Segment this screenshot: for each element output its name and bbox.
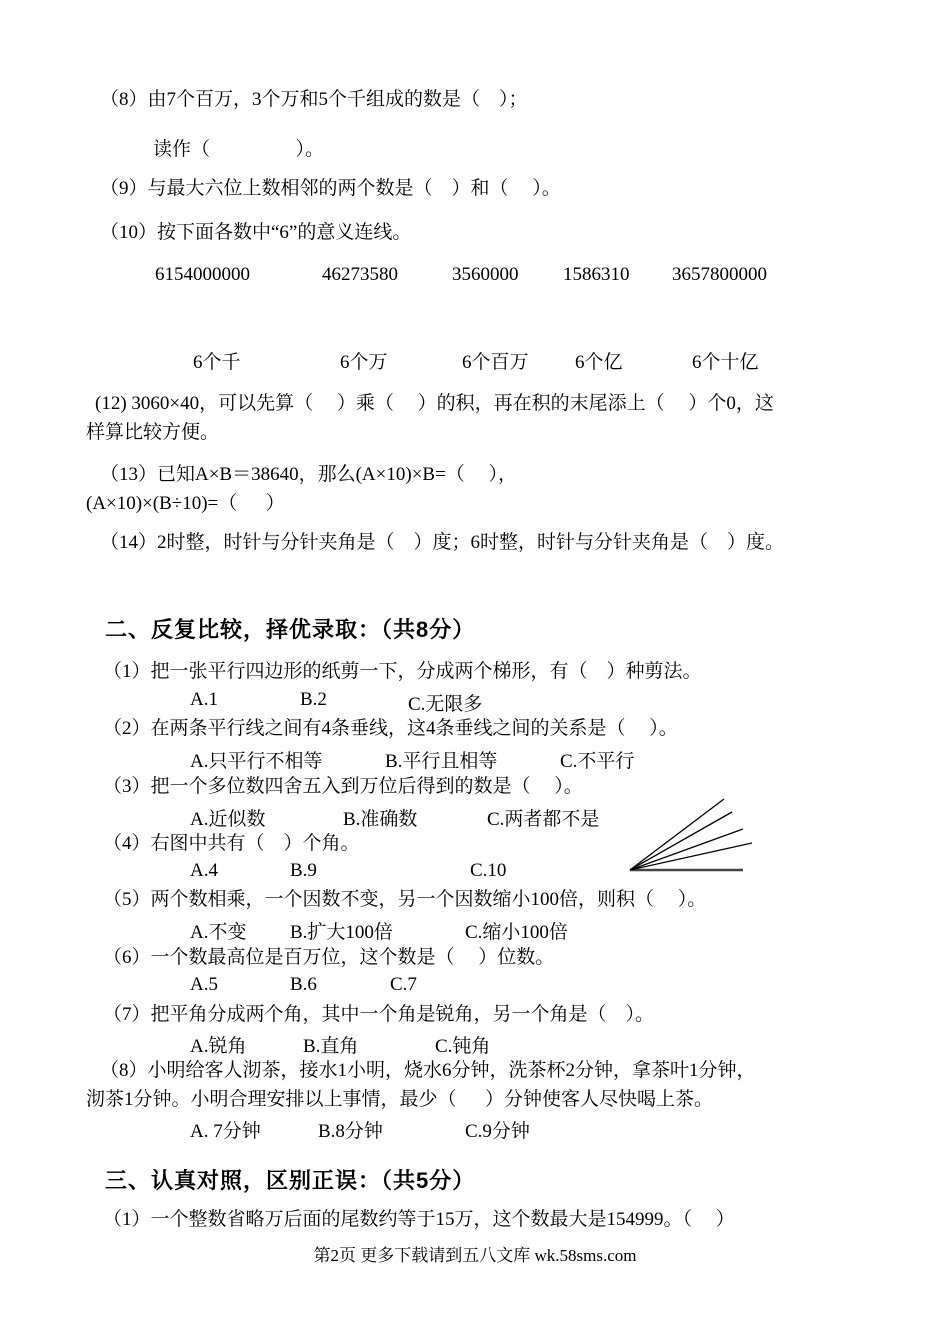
mc-question-1: （1）把一张平行四边形的纸剪一下，分成两个梯形，有（ ）种剪法。 (103, 660, 702, 684)
mc-question-4-options: A.4 B.9 C.10 (0, 860, 950, 886)
mc-question-4: （4）右图中共有（ ）个角。 (103, 832, 360, 856)
option-a: A.锐角 (190, 1031, 246, 1058)
question-14-fill: （14）2时整，时针与分针夹角是（ ）度；6时整，时针与分针夹角是（ ）度。 (100, 531, 784, 555)
option-c: C.两者都不是 (487, 804, 599, 831)
option-a: A.近似数 (190, 804, 265, 831)
option-c: C.缩小100倍 (465, 917, 568, 944)
mc-question-8-options: A. 7分钟 B.8分钟 C.9分钟 (0, 1116, 950, 1142)
mc-question-3-options: A.近似数 B.准确数 C.两者都不是 (0, 804, 950, 830)
mc-question-8-line2: 沏茶1分钟。小明合理安排以上事情，最少（ ）分钟使客人尽快喝上茶。 (86, 1088, 713, 1112)
option-a: A. 7分钟 (190, 1116, 261, 1143)
option-b: B.直角 (303, 1031, 358, 1058)
mc-question-5: （5）两个数相乘，一个因数不变，另一个因数缩小100倍，则积（ ）。 (103, 888, 706, 912)
section-3-heading: 三、认真对照，区别正误：（共5分） (105, 1164, 475, 1195)
option-a: A.4 (190, 860, 218, 882)
exam-page: （8）由7个百万，3个万和5个千组成的数是（ ）； 读作（ ）。 （9）与最大六… (0, 0, 950, 1342)
question-12-fill-line1: (12) 3060×40，可以先算（ ）乘（ ）的积，再在积的末尾添上（ ）个0… (95, 392, 774, 416)
mc-question-6: （6）一个数最高位是百万位，这个数是（ ）位数。 (103, 946, 554, 970)
option-a: A.只平行不相等 (190, 746, 322, 773)
match-meaning: 6个万 (340, 347, 388, 374)
option-c: C.9分钟 (465, 1116, 530, 1143)
question-8-fill-line1: （8）由7个百万，3个万和5个千组成的数是（ ）； (100, 88, 528, 112)
mc-question-6-options: A.5 B.6 C.7 (0, 974, 950, 1000)
match-number: 3560000 (452, 264, 519, 286)
page-footer: 第2页 更多下载请到五八文库 wk.58sms.com (0, 1241, 950, 1266)
option-c: C.10 (470, 860, 506, 882)
angle-fan-figure (618, 792, 763, 877)
question-10-fill: （10）按下面各数中“6”的意义连线。 (100, 221, 411, 245)
option-b: B.9 (290, 860, 317, 882)
option-b: B.8分钟 (318, 1116, 383, 1143)
match-numbers-row: 6154000000 46273580 3560000 1586310 3657… (0, 264, 950, 290)
mc-question-7: （7）把平角分成两个角，其中一个角是锐角，另一个角是（ ）。 (103, 1003, 654, 1027)
option-a: A.5 (190, 974, 218, 996)
option-a: A.1 (190, 689, 218, 711)
mc-question-8-line1: （8）小明给客人沏茶，接水1小明，烧水6分钟，洗茶杯2分钟，拿茶叶1分钟， (100, 1059, 756, 1083)
mc-question-7-options: A.锐角 B.直角 C.钝角 (0, 1031, 950, 1057)
match-meaning: 6个十亿 (692, 347, 759, 374)
option-b: B.扩大100倍 (290, 917, 393, 944)
mc-question-2-options: A.只平行不相等 B.平行且相等 C.不平行 (0, 746, 950, 772)
match-number: 3657800000 (672, 264, 767, 286)
option-c: C.7 (390, 974, 417, 996)
mc-question-2: （2）在两条平行线之间有4条垂线，这4条垂线之间的关系是（ ）。 (103, 717, 678, 741)
question-13-fill-line2: (A×10)×(B÷10)=（ ） (86, 492, 285, 516)
option-c: C.钝角 (435, 1031, 490, 1058)
match-number: 1586310 (563, 264, 630, 286)
match-meaning: 6个亿 (575, 347, 623, 374)
match-number: 6154000000 (155, 264, 250, 286)
question-13-fill-line1: （13）已知A×B＝38640，那么(A×10)×B=（ ）， (100, 463, 517, 487)
match-number: 46273580 (322, 264, 398, 286)
section-2-heading: 二、反复比较，择优录取：（共8分） (105, 613, 475, 644)
tf-question-1: （1）一个整数省略万后面的尾数约等于15万，这个数最大是154999。（ ） (103, 1208, 735, 1232)
match-meaning: 6个百万 (462, 347, 529, 374)
option-b: B.6 (290, 974, 317, 996)
option-c: C.无限多 (408, 689, 482, 716)
option-a: A.不变 (190, 917, 246, 944)
mc-question-5-options: A.不变 B.扩大100倍 C.缩小100倍 (0, 917, 950, 943)
question-12-fill-line2: 样算比较方便。 (86, 421, 219, 445)
option-b: B.准确数 (343, 804, 417, 831)
question-9-fill: （9）与最大六位上数相邻的两个数是（ ）和（ ）。 (100, 177, 561, 201)
match-meaning: 6个千 (193, 347, 241, 374)
option-b: B.2 (300, 689, 327, 711)
question-8-fill-line2: 读作（ ）。 (153, 138, 324, 162)
option-c: C.不平行 (560, 746, 634, 773)
mc-question-3: （3）把一个多位数四舍五入到万位后得到的数是（ ）。 (103, 775, 583, 799)
match-meanings-row: 6个千 6个万 6个百万 6个亿 6个十亿 (0, 347, 950, 373)
option-b: B.平行且相等 (385, 746, 497, 773)
mc-question-1-options: A.1 B.2 C.无限多 (0, 689, 950, 715)
